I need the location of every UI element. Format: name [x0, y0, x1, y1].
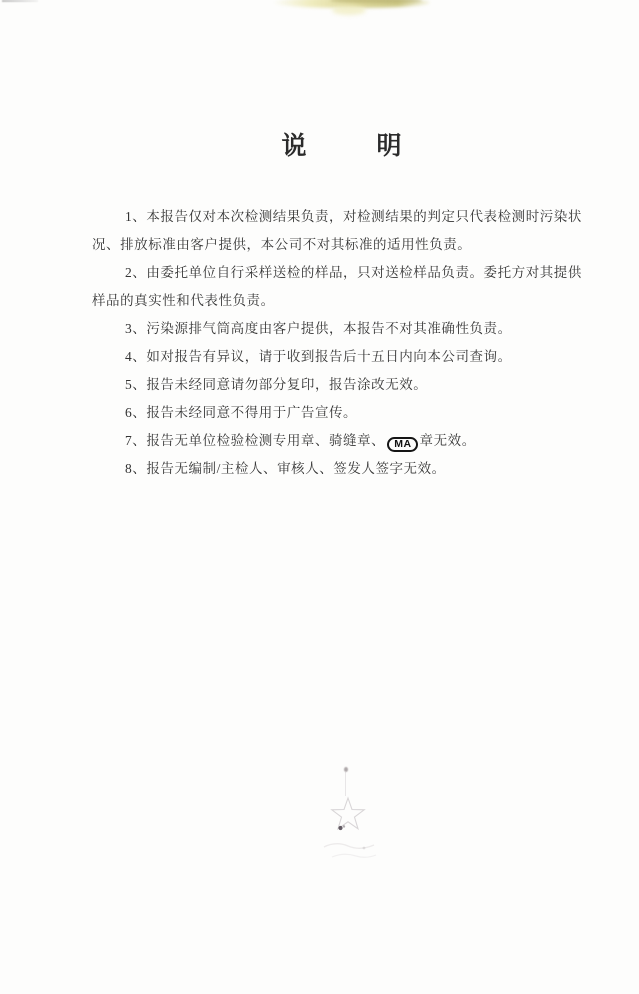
page-title: 说 明	[22, 126, 639, 162]
cma-stamp-icon: MA	[387, 437, 417, 452]
notes-body: 1、本报告仅对本次检测结果负责，对检测结果的判定只代表检测时污染状 况、排放标准…	[92, 203, 560, 483]
star-seal-watermark-icon	[318, 755, 388, 875]
note-4: 4、如对报告有异议，请于收到报告后十五日内向本公司查询。	[92, 343, 560, 371]
scan-speck-top-left	[2, 0, 38, 2]
note-3: 3、污染源排气筒高度由客户提供，本报告不对其准确性负责。	[92, 315, 560, 343]
page-title-char-1: 说	[281, 126, 306, 162]
page-title-char-2: 明	[377, 126, 402, 162]
note-5: 5、报告未经同意请勿部分复印，报告涂改无效。	[92, 371, 560, 399]
seal-faint-line	[345, 772, 346, 796]
seal-watermark-area	[318, 755, 388, 875]
note-7-text-post: 章无效。	[420, 433, 476, 448]
note-1-line-2: 况、排放标准由客户提供，本公司不对其标准的适用性负责。	[92, 231, 560, 259]
note-8: 8、报告无编制/主检人、审核人、签发人签字无效。	[92, 455, 560, 483]
note-7-text-pre: 7、报告无单位检验检测专用章、骑缝章、	[125, 433, 385, 448]
note-2-line-1: 2、由委托单位自行采样送检的样品，只对送检样品负责。委托方对其提供	[92, 259, 560, 287]
note-2-line-2: 样品的真实性和代表性负责。	[92, 287, 560, 315]
note-1-line-1: 1、本报告仅对本次检测结果负责，对检测结果的判定只代表检测时污染状	[92, 203, 560, 231]
scan-smudge-top-halo	[332, 6, 366, 15]
note-7: 7、报告无单位检验检测专用章、骑缝章、MA章无效。	[92, 427, 560, 455]
note-6: 6、报告未经同意不得用于广告宣传。	[92, 399, 560, 427]
